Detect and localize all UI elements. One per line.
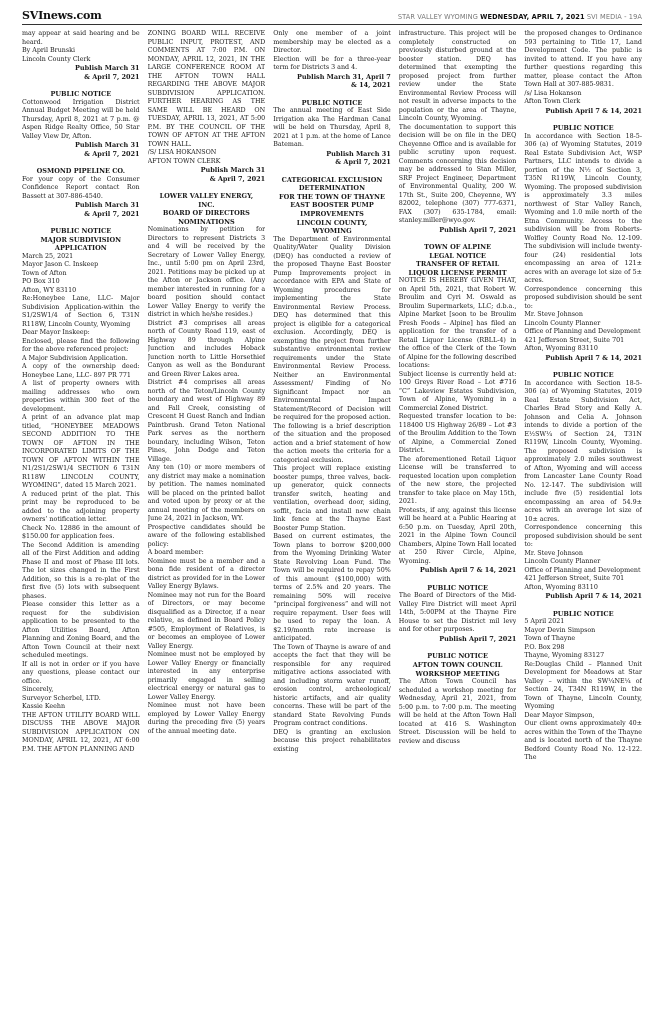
notice-paragraph: Office of Planning and Development: [524, 567, 642, 576]
publish-dates: Publish March 31: [22, 201, 140, 210]
notice-paragraph: Cottonwood Irrigation District Annual Bu…: [22, 99, 140, 142]
legal-notice: PUBLIC NOTICEIn accordance with Section …: [524, 124, 642, 362]
publish-dates: & April 7, 2021: [22, 210, 140, 219]
notice-title: MAJOR SUBDIVISION: [22, 236, 140, 245]
notice-paragraph: Mayor Jason C. Inskeep: [22, 261, 140, 270]
notice-title: LINCOLN COUNTY,: [273, 219, 391, 228]
notice-paragraph: Nominee must not have been employed by L…: [148, 702, 266, 736]
notice-title: LOWER VALLEY ENERGY,: [148, 192, 266, 201]
notice-paragraph: NOTICE IS HEREBY GIVEN THAT, on April 5t…: [399, 277, 517, 371]
notice-title: PUBLIC NOTICE: [524, 610, 642, 619]
issue-date: WEDNESDAY, APRIL 7, 2021: [480, 13, 585, 21]
publish-dates: Publish April 7 & 14, 2021: [524, 592, 642, 601]
notice-paragraph: Lincoln County Planner: [524, 558, 642, 567]
notice-paragraph: Election will be for a three-year term f…: [273, 56, 391, 73]
notice-title: IMPROVEMENTS: [273, 210, 391, 219]
notice-paragraph: The documentation to support this decisi…: [399, 124, 517, 226]
publish-dates: Publish March 31: [273, 150, 391, 159]
notice-paragraph: Nominee may not run for the Board of Dir…: [148, 592, 266, 652]
legal-notice: PUBLIC NOTICE5 April 2021Mayor Devin Sim…: [524, 610, 642, 763]
notice-paragraph: Afton, Wyoming 83110: [524, 345, 642, 354]
publish-dates: & April 7, 2021: [148, 175, 266, 184]
notice-paragraph: Lincoln County Clerk: [22, 56, 140, 65]
legal-notice: PUBLIC NOTICEThe annual meeting of East …: [273, 99, 391, 167]
publish-dates: & April 7, 2021: [273, 158, 391, 167]
notice-paragraph: PO Box 310: [22, 278, 140, 287]
notice-title: EAST BOOSTER PUMP: [273, 201, 391, 210]
notice-paragraph: Check No. 12886 in the amount of $150.00…: [22, 525, 140, 542]
notice-paragraph: Town of Thayne: [524, 635, 642, 644]
notice-paragraph: District #3 comprises all areas north of…: [148, 320, 266, 380]
legal-notice: Only one member of a joint membership ma…: [273, 30, 391, 90]
legal-notice: PUBLIC NOTICEAFTON TOWN COUNCILWORKSHOP …: [399, 652, 517, 746]
notice-paragraph: In accordance with Section 18-5-306 (a) …: [524, 380, 642, 525]
notice-paragraph: may appear at said hearing and be heard.: [22, 30, 140, 47]
legal-notice: PUBLIC NOTICEMAJOR SUBDIVISIONAPPLICATIO…: [22, 227, 140, 754]
notice-paragraph: Afton Town Clerk: [524, 98, 642, 107]
publish-dates: Publish March 31: [22, 64, 140, 73]
notice-paragraph: AFTON TOWN CLERK: [148, 158, 266, 167]
notice-paragraph: The annual meeting of East Side Irrigati…: [273, 107, 391, 150]
notice-title: PUBLIC NOTICE: [273, 99, 391, 108]
notice-paragraph: Please consider this letter as a request…: [22, 601, 140, 661]
notice-paragraph: /s/ Lisa Hokanson: [524, 90, 642, 99]
notice-paragraph: Kassie Keehn: [22, 703, 140, 712]
legal-notice: PUBLIC NOTICEThe Board of Directors of t…: [399, 584, 517, 644]
notice-title: LIQUOR LICENSE PERMIT: [399, 269, 517, 278]
notice-paragraph: Mayor Devin Simpson: [524, 627, 642, 636]
legal-notice: may appear at said hearing and be heard.…: [22, 30, 140, 81]
publish-dates: Publish March 31: [148, 166, 266, 175]
notice-title: TRANSFER OF RETAIL: [399, 260, 517, 269]
notice-paragraph: 421 Jefferson Street, Suite 701: [524, 575, 642, 584]
notice-title: LEGAL NOTICE: [399, 252, 517, 261]
legal-notice: TOWN OF ALPINELEGAL NOTICETRANSFER OF RE…: [399, 243, 517, 575]
publish-dates: Publish March 31, April 7: [273, 73, 391, 82]
notice-paragraph: infrastructure. This project will be com…: [399, 30, 517, 124]
column-1: may appear at said hearing and be heard.…: [22, 30, 140, 1020]
notice-paragraph: District #4 comprises all areas north of…: [148, 379, 266, 464]
notice-paragraph: Protests, if any, against this license w…: [399, 507, 517, 567]
notice-paragraph: By April Brunski: [22, 47, 140, 56]
page-section: SVI MEDIA - 19A: [587, 13, 642, 21]
notice-paragraph: Our client owns approximately 40± acres …: [524, 720, 642, 763]
notice-columns: may appear at said hearing and be heard.…: [22, 30, 642, 1020]
notice-title: PUBLIC NOTICE: [524, 124, 642, 133]
notice-paragraph: Any ten (10) or more members of any dist…: [148, 464, 266, 524]
notice-title: APPLICATION: [22, 244, 140, 253]
notice-paragraph: In accordance with Section 18-5-306 (a) …: [524, 133, 642, 286]
legal-notice: the proposed changes to Ordinance 593 pe…: [524, 30, 642, 115]
notice-paragraph: The Town of Thayne is aware of and accep…: [273, 644, 391, 729]
notice-paragraph: ZONING BOARD WILL RECEIVE PUBLIC INPUT, …: [148, 30, 266, 149]
notice-paragraph: The Department of Environmental Quality/…: [273, 236, 391, 466]
notice-title: WYOMING: [273, 227, 391, 236]
notice-title: AFTON TOWN COUNCIL: [399, 661, 517, 670]
column-2: ZONING BOARD WILL RECEIVE PUBLIC INPUT, …: [148, 30, 266, 1020]
legal-notice: infrastructure. This project will be com…: [399, 30, 517, 234]
notice-title: INC.: [148, 201, 266, 210]
notice-title: PUBLIC NOTICE: [524, 371, 642, 380]
notice-paragraph: Requested transfer location to be: 11840…: [399, 413, 517, 456]
region-label: STAR VALLEY WYOMING: [398, 13, 478, 21]
notice-paragraph: A list of property owners with mailing a…: [22, 380, 140, 414]
column-4: infrastructure. This project will be com…: [399, 30, 517, 1020]
notice-title: OSMOND PIPELINE CO.: [22, 167, 140, 176]
notice-title: FOR THE TOWN OF THAYNE: [273, 193, 391, 202]
column-5: the proposed changes to Ordinance 593 pe…: [524, 30, 642, 1020]
notice-paragraph: Dear Mayor Inskeep:: [22, 329, 140, 338]
notice-paragraph: Re:Honeybee Lane, LLC- Major Subdivision…: [22, 295, 140, 329]
notice-paragraph: The Second Addition is amending all of t…: [22, 542, 140, 602]
notice-title: PUBLIC NOTICE: [399, 652, 517, 661]
notice-paragraph: Re:Douglas Child – Planned Unit Developm…: [524, 661, 642, 712]
publish-dates: Publish April 7 & 14, 2021: [524, 354, 642, 363]
publish-dates: Publish March 31: [22, 141, 140, 150]
notice-paragraph: Subject license is currently held at: 10…: [399, 371, 517, 414]
publish-dates: Publish April 7 & 14, 2021: [524, 107, 642, 116]
publish-dates: Publish April 7, 2021: [399, 226, 517, 235]
page-header: SVInews.com STAR VALLEY WYOMING WEDNESDA…: [22, 6, 642, 25]
notice-paragraph: Nominations by petition for Directors to…: [148, 226, 266, 320]
notice-paragraph: Enclosed, please find the following for …: [22, 338, 140, 355]
notice-paragraph: P.O. Box 298: [524, 644, 642, 653]
notice-paragraph: Nominee must not be employed by Lower Va…: [148, 651, 266, 702]
notice-paragraph: Correspondence concerning this proposed …: [524, 524, 642, 550]
notice-paragraph: the proposed changes to Ordinance 593 pe…: [524, 30, 642, 90]
site-name[interactable]: SVInews.com: [22, 9, 102, 24]
notice-title: WORKSHOP MEETING: [399, 670, 517, 679]
notice-title: DETERMINATION: [273, 184, 391, 193]
notice-paragraph: The Afton Town Council has scheduled a w…: [399, 678, 517, 746]
notice-paragraph: A copy of the ownership deed: Honeybee L…: [22, 363, 140, 380]
legal-notice: LOWER VALLEY ENERGY,INC.BOARD OF DIRECTO…: [148, 192, 266, 736]
notice-paragraph: A board member:: [148, 549, 266, 558]
notice-paragraph: Correspondence concerning this proposed …: [524, 286, 642, 312]
notice-title: BOARD OF DIRECTORS: [148, 209, 266, 218]
notice-paragraph: /S/ LISA HOKANSON: [148, 149, 266, 158]
notice-title: TOWN OF ALPINE: [399, 243, 517, 252]
legal-notice: PUBLIC NOTICECottonwood Irrigation Distr…: [22, 90, 140, 158]
legal-notice: OSMOND PIPELINE CO.For your copy of the …: [22, 167, 140, 218]
legal-notice: ZONING BOARD WILL RECEIVE PUBLIC INPUT, …: [148, 30, 266, 183]
notice-paragraph: Mr. Steve Johnson: [524, 550, 642, 559]
notice-paragraph: Prospective candidates should be aware o…: [148, 524, 266, 550]
header-info: STAR VALLEY WYOMING WEDNESDAY, APRIL 7, …: [398, 13, 642, 24]
notice-paragraph: Lincoln County Planner: [524, 320, 642, 329]
notice-paragraph: The Board of Directors of the Mid-Valley…: [399, 592, 517, 635]
legal-notice: CATEGORICAL EXCLUSIONDETERMINATIONFOR TH…: [273, 176, 391, 755]
publish-dates: Publish April 7 & 14, 2021: [399, 566, 517, 575]
notice-paragraph: 421 Jefferson Street, Suite 701: [524, 337, 642, 346]
publish-dates: & April 7, 2021: [22, 73, 140, 82]
notice-paragraph: Only one member of a joint membership ma…: [273, 30, 391, 56]
notice-title: PUBLIC NOTICE: [22, 227, 140, 236]
notice-paragraph: DEQ is granting an exclusion because thi…: [273, 729, 391, 755]
notice-paragraph: The aforementioned Retail Liquor License…: [399, 456, 517, 507]
notice-title: CATEGORICAL EXCLUSION: [273, 176, 391, 185]
notice-paragraph: Nominee must be a member and a bona fide…: [148, 558, 266, 592]
notice-paragraph: Dear Mayor Simpson,: [524, 712, 642, 721]
publish-dates: & April 7, 2021: [22, 150, 140, 159]
column-3: Only one member of a joint membership ma…: [273, 30, 391, 1020]
notice-paragraph: For your copy of the Consumer Confidence…: [22, 176, 140, 202]
notice-paragraph: 5 April 2021: [524, 618, 642, 627]
publish-dates: & 14, 2021: [273, 81, 391, 90]
notice-paragraph: THE AFTON UTILITY BOARD WILL DISCUSS THE…: [22, 712, 140, 755]
notice-paragraph: Mr. Steve Johnson: [524, 311, 642, 320]
legal-notice: PUBLIC NOTICEIn accordance with Section …: [524, 371, 642, 601]
notice-paragraph: Based on current estimates, the Town pla…: [273, 533, 391, 644]
notice-paragraph: A reduced print of the plat. This print …: [22, 491, 140, 525]
notice-title: PUBLIC NOTICE: [22, 90, 140, 99]
notice-paragraph: A print of an advance plat map titled, “…: [22, 414, 140, 491]
notice-paragraph: Sincerely,: [22, 686, 140, 695]
notice-paragraph: If all is not in order or if you have an…: [22, 661, 140, 687]
notice-paragraph: Afton, Wyoming 83110: [524, 584, 642, 593]
notice-paragraph: Office of Planning and Development: [524, 328, 642, 337]
notice-paragraph: This project will replace existing boost…: [273, 465, 391, 533]
notice-paragraph: Thayne, Wyoming 83127: [524, 652, 642, 661]
publish-dates: Publish April 7, 2021: [399, 635, 517, 644]
